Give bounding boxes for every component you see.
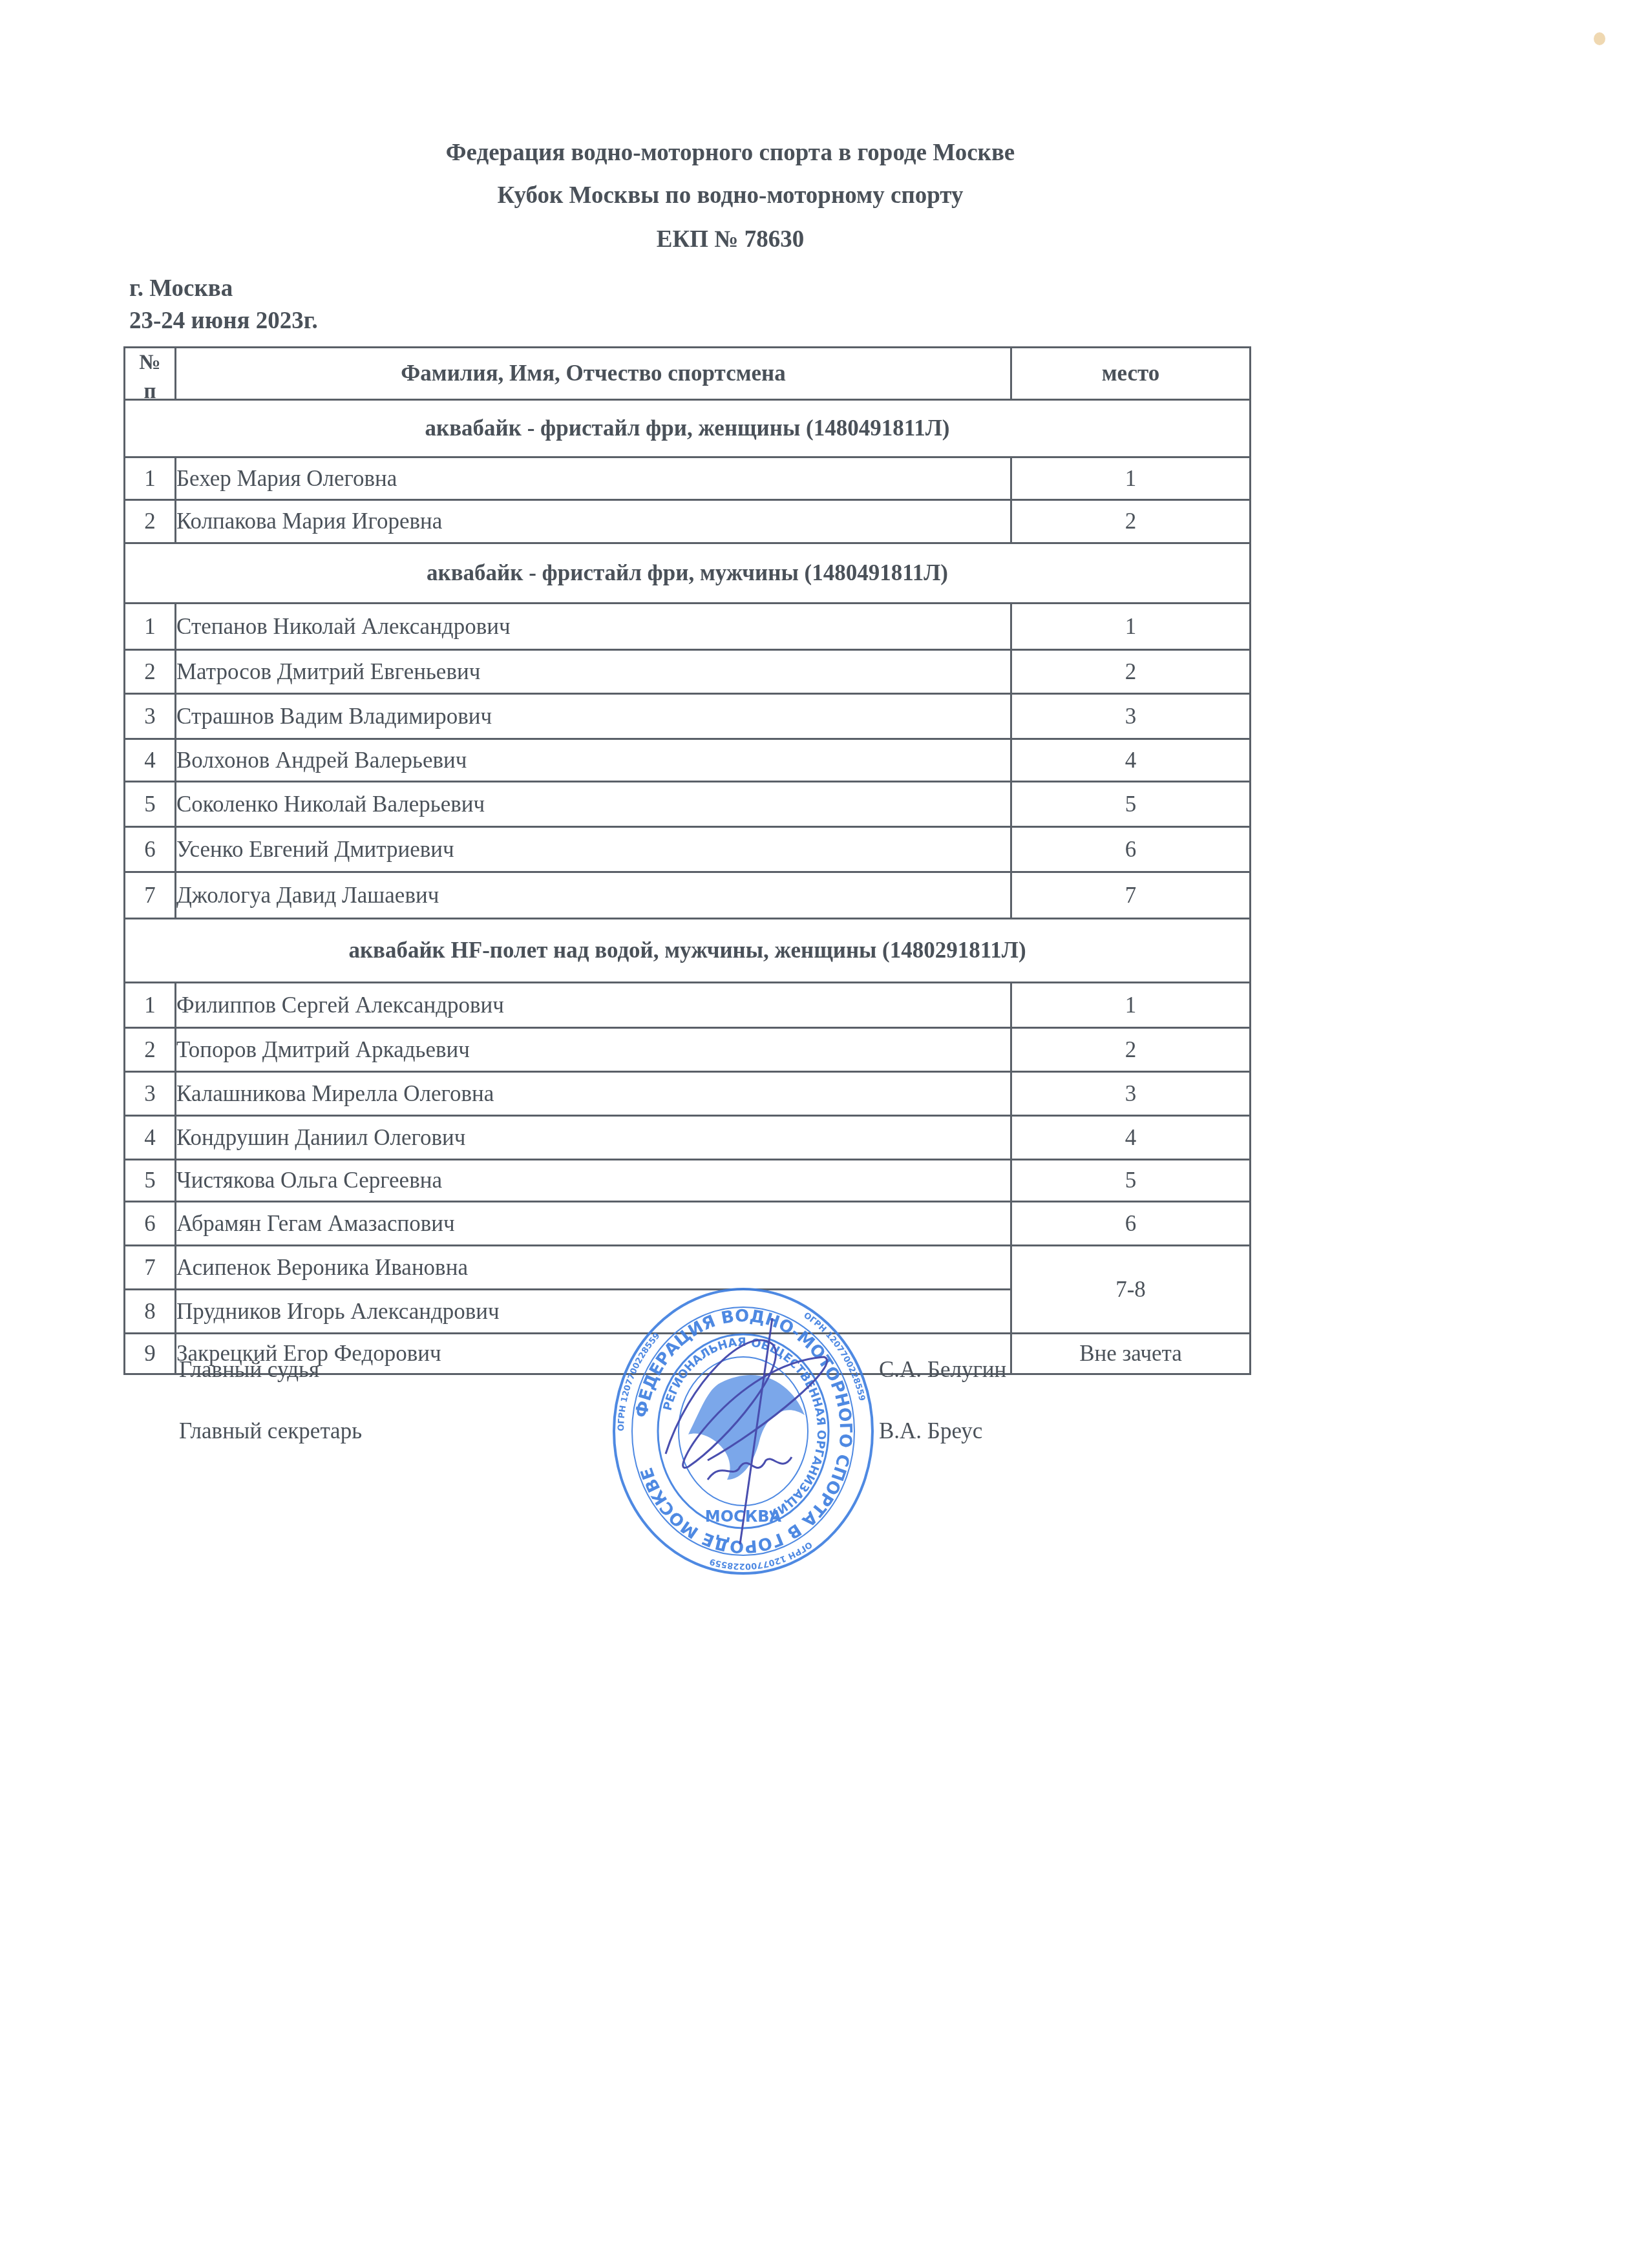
section-title: аквабайк HF-полет над водой, мужчины, же… — [125, 919, 1251, 983]
athlete-place: 2 — [1011, 1028, 1251, 1072]
athlete-name: Степанов Николай Александрович — [176, 604, 1011, 650]
section-title: аквабайк - фристайл фри, мужчины (148049… — [125, 543, 1251, 604]
table-row: 2Колпакова Мария Игоревна2 — [125, 500, 1251, 543]
athlete-place: 2 — [1011, 650, 1251, 694]
table-row: 6Усенко Евгений Дмитриевич6 — [125, 827, 1251, 872]
athlete-name: Топоров Дмитрий Аркадьевич — [176, 1028, 1011, 1072]
athlete-place: Вне зачета — [1011, 1334, 1251, 1374]
athlete-name: Калашникова Мирелла Олеговна — [176, 1072, 1011, 1116]
column-header-place: место — [1011, 348, 1251, 400]
table-row: 5Соколенко Николай Валерьевич5 — [125, 782, 1251, 827]
athlete-place: 5 — [1011, 1160, 1251, 1202]
athlete-place: 6 — [1011, 1202, 1251, 1246]
chief-secretary-name: В.А. Бреус — [879, 1418, 982, 1444]
athlete-name: Усенко Евгений Дмитриевич — [176, 827, 1011, 872]
athlete-name: Колпакова Мария Игоревна — [176, 500, 1011, 543]
official-stamp-icon: ОГРН 1207700228559 ОГРН 1207700228559 ОГ… — [611, 1286, 876, 1577]
row-number: 1 — [125, 457, 176, 500]
table-row: 2Матросов Дмитрий Евгеньевич2 — [125, 650, 1251, 694]
table-body: аквабайк - фристайл фри, женщины (148049… — [125, 400, 1251, 1374]
row-number: 7 — [125, 872, 176, 919]
event-dates: 23-24 июня 2023г. — [129, 309, 318, 333]
row-number: 4 — [125, 1116, 176, 1160]
chief-judge-label: Главный судья — [179, 1357, 319, 1383]
row-number: 7 — [125, 1246, 176, 1290]
column-header-name: Фамилия, Имя, Отчество спортсмена — [176, 348, 1011, 400]
athlete-name: Бехер Мария Олеговна — [176, 457, 1011, 500]
athlete-name: Соколенко Николай Валерьевич — [176, 782, 1011, 827]
column-header-number: № п — [125, 348, 176, 400]
table-row: 1Степанов Николай Александрович1 — [125, 604, 1251, 650]
athlete-name: Прудников Игорь Александрович — [176, 1290, 1011, 1334]
row-number: 2 — [125, 650, 176, 694]
athlete-place: 4 — [1011, 739, 1251, 782]
athlete-name: Абрамян Гегам Амазаспович — [176, 1202, 1011, 1246]
row-number: 1 — [125, 604, 176, 650]
city: г. Москва — [129, 277, 233, 300]
table-row: 4Кондрушин Даниил Олегович4 — [125, 1116, 1251, 1160]
event-title: Кубок Москвы по водно-моторному спорту — [39, 184, 1422, 207]
row-number: 6 — [125, 1202, 176, 1246]
athlete-place: 7 — [1011, 872, 1251, 919]
athlete-place: 4 — [1011, 1116, 1251, 1160]
athlete-name: Джологуа Давид Лашаевич — [176, 872, 1011, 919]
athlete-place: 5 — [1011, 782, 1251, 827]
athlete-name: Волхонов Андрей Валерьевич — [176, 739, 1011, 782]
row-number: 3 — [125, 1072, 176, 1116]
table-row: 1Бехер Мария Олеговна1 — [125, 457, 1251, 500]
table-row: 7Джологуа Давид Лашаевич7 — [125, 872, 1251, 919]
table-row: 3Калашникова Мирелла Олеговна3 — [125, 1072, 1251, 1116]
table-header-row: № п Фамилия, Имя, Отчество спортсмена ме… — [125, 348, 1251, 400]
chief-secretary-label: Главный секретарь — [179, 1418, 362, 1444]
section-header-row: аквабайк HF-полет над водой, мужчины, же… — [125, 919, 1251, 983]
row-number: 5 — [125, 1160, 176, 1202]
table-row: 7Асипенок Вероника Ивановна7-8 — [125, 1246, 1251, 1290]
table-row: 5Чистякова Ольга Сергеевна5 — [125, 1160, 1251, 1202]
chief-judge-name: С.А. Белугин — [879, 1357, 1006, 1383]
athlete-place: 1 — [1011, 604, 1251, 650]
section-header-row: аквабайк - фристайл фри, женщины (148049… — [125, 400, 1251, 457]
table-row: 1Филиппов Сергей Александрович1 — [125, 983, 1251, 1028]
section-header-row: аквабайк - фристайл фри, мужчины (148049… — [125, 543, 1251, 604]
table-row: 2Топоров Дмитрий Аркадьевич2 — [125, 1028, 1251, 1072]
table-row: 3Страшнов Вадим Владимирович3 — [125, 694, 1251, 739]
athlete-name: Страшнов Вадим Владимирович — [176, 694, 1011, 739]
athlete-place: 1 — [1011, 457, 1251, 500]
table-row: 4Волхонов Андрей Валерьевич4 — [125, 739, 1251, 782]
row-number: 1 — [125, 983, 176, 1028]
athlete-place: 1 — [1011, 983, 1251, 1028]
row-number: 3 — [125, 694, 176, 739]
federation-title: Федерация водно-моторного спорта в город… — [39, 141, 1422, 165]
athlete-name: Филиппов Сергей Александрович — [176, 983, 1011, 1028]
athlete-name: Асипенок Вероника Ивановна — [176, 1246, 1011, 1290]
row-number: 2 — [125, 1028, 176, 1072]
row-number: 6 — [125, 827, 176, 872]
athlete-name: Кондрушин Даниил Олегович — [176, 1116, 1011, 1160]
ekp-number: ЕКП № 78630 — [39, 227, 1422, 251]
athlete-name: Матросов Дмитрий Евгеньевич — [176, 650, 1011, 694]
section-title: аквабайк - фристайл фри, женщины (148049… — [125, 400, 1251, 457]
athlete-place: 3 — [1011, 1072, 1251, 1116]
table-row: 6Абрамян Гегам Амазаспович6 — [125, 1202, 1251, 1246]
athlete-name: Чистякова Ольга Сергеевна — [176, 1160, 1011, 1202]
results-table: № п Фамилия, Имя, Отчество спортсмена ме… — [123, 346, 1251, 1375]
row-number: 9 — [125, 1334, 176, 1374]
athlete-place: 6 — [1011, 827, 1251, 872]
athlete-place: 3 — [1011, 694, 1251, 739]
row-number: 8 — [125, 1290, 176, 1334]
row-number: 5 — [125, 782, 176, 827]
row-number: 4 — [125, 739, 176, 782]
athlete-place: 2 — [1011, 500, 1251, 543]
scan-speck — [1594, 32, 1605, 45]
athlete-place: 7-8 — [1011, 1246, 1251, 1334]
row-number: 2 — [125, 500, 176, 543]
